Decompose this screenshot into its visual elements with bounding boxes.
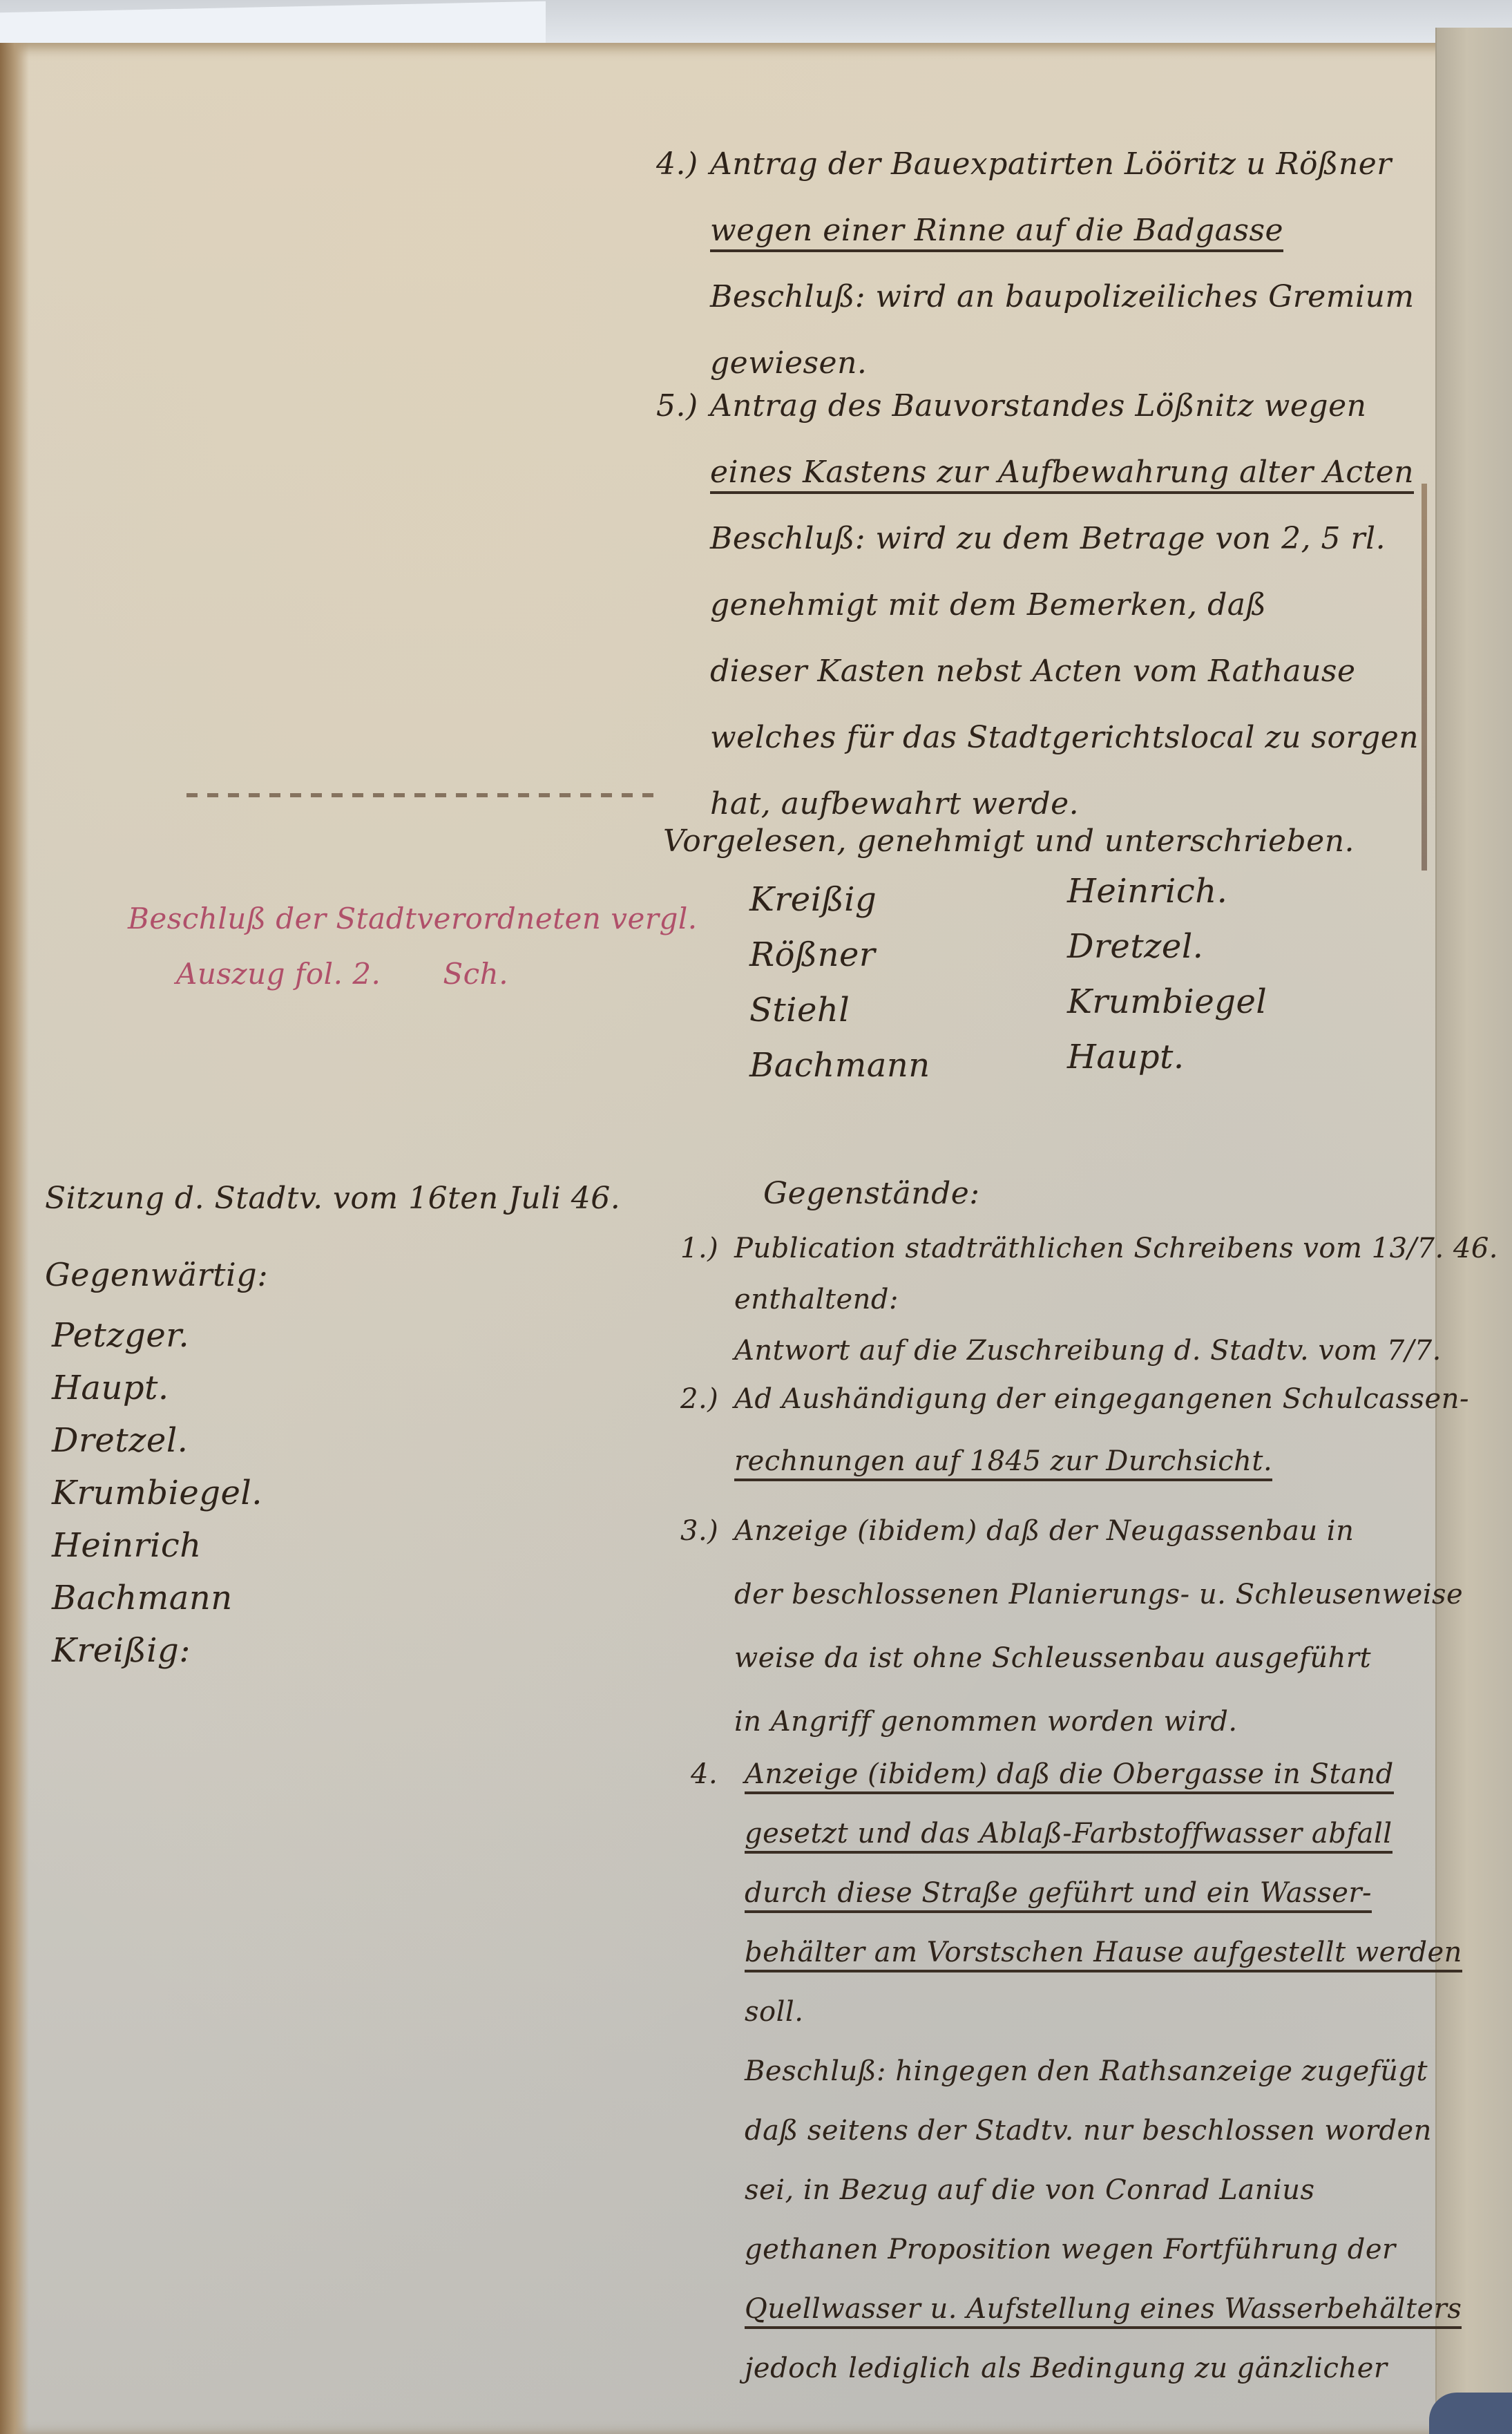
text-line: eines Kastens zur Aufbewahrung alter Act… bbox=[710, 455, 1414, 494]
text-line: jedoch lediglich als Bedingung zu gänzli… bbox=[691, 2339, 1462, 2398]
text-line: Quellwasser u. Aufstellung eines Wasserb… bbox=[745, 2293, 1462, 2329]
item-5-top: 5.)Antrag des Bauvorstandes Lößnitz wege… bbox=[656, 373, 1419, 837]
attendee: Haupt. bbox=[52, 1362, 262, 1414]
text-line: Beschluß: hingegen den Rathsanzeige zuge… bbox=[691, 2042, 1462, 2101]
heading-text: Sitzung d. Stadtv. vom 16ten Juli 46. bbox=[45, 1181, 620, 1216]
agenda-item-3: 3.)Anzeige (ibidem) daß der Neugassenbau… bbox=[680, 1499, 1463, 1753]
signature: Rößner bbox=[749, 927, 930, 982]
signature: Heinrich. bbox=[1067, 864, 1267, 919]
item-number: 4. bbox=[691, 1744, 745, 1804]
text-line: Ad Aushändigung der eingegangenen Schulc… bbox=[734, 1383, 1469, 1415]
attendee-list: Petzger. Haupt. Dretzel. Krumbiegel. Hei… bbox=[52, 1309, 262, 1677]
text-line: der beschlossenen Planierungs- u. Schleu… bbox=[680, 1563, 1463, 1626]
margin-annotation: Beschluß der Stadtverordneten vergl. Aus… bbox=[128, 891, 698, 1002]
attendee: Krumbiegel. bbox=[52, 1467, 262, 1519]
signatures-left: Kreißig Rößner Stiehl Bachmann bbox=[749, 872, 930, 1093]
agenda-item-2: 2.)Ad Aushändigung der eingegangenen Sch… bbox=[680, 1368, 1469, 1492]
item-number: 1.) bbox=[680, 1223, 734, 1274]
text-line: wegen einer Rinne auf die Badgasse bbox=[710, 213, 1283, 252]
pencil-dashed-line bbox=[186, 793, 663, 797]
signatures-right: Heinrich. Dretzel. Krumbiegel Haupt. bbox=[1067, 864, 1267, 1085]
text-line: gesetzt und das Ablaß-Farbstoffwasser ab… bbox=[745, 1818, 1393, 1854]
page-worn-edge bbox=[0, 43, 29, 2434]
agenda-item-4: 4.Anzeige (ibidem) daß die Obergasse in … bbox=[691, 1744, 1462, 2398]
topics-label: Gegenstände: bbox=[763, 1161, 980, 1227]
signature: Krumbiegel bbox=[1067, 974, 1267, 1029]
text-line: Antrag des Bauvorstandes Lößnitz wegen bbox=[710, 388, 1366, 424]
item-number: 2.) bbox=[680, 1368, 734, 1430]
text-line: gethanen Proposition wegen Fortführung d… bbox=[691, 2220, 1462, 2279]
item-number: 4.) bbox=[656, 131, 710, 198]
signature: Dretzel. bbox=[1067, 919, 1267, 974]
text-line: Publication stadträthlichen Schreibens v… bbox=[734, 1233, 1498, 1264]
session-heading: Sitzung d. Stadtv. vom 16ten Juli 46. bbox=[45, 1168, 620, 1230]
text-line: Beschluß: wird an baupolizeiliches Gremi… bbox=[656, 264, 1415, 330]
signature: Kreißig bbox=[749, 872, 930, 927]
attendee: Dretzel. bbox=[52, 1414, 262, 1467]
item-number: 5.) bbox=[656, 373, 710, 439]
attendee: Kreißig: bbox=[52, 1624, 262, 1677]
text-line: daß seitens der Stadtv. nur beschlossen … bbox=[691, 2101, 1462, 2160]
text-line: rechnungen auf 1845 zur Durchsicht. bbox=[734, 1445, 1272, 1481]
agenda-item-1: 1.)Publication stadträthlichen Schreiben… bbox=[680, 1223, 1498, 1376]
annotation-line: Beschluß der Stadtverordneten vergl. bbox=[128, 891, 698, 947]
cover-corner bbox=[1429, 2393, 1512, 2434]
text-line: sei, in Bezug auf die von Conrad Lanius bbox=[691, 2160, 1462, 2220]
attendee: Petzger. bbox=[52, 1309, 262, 1362]
text-line: Antrag der Bauexpatirten Lööritz u Rößne… bbox=[710, 146, 1392, 182]
text-line: Beschluß: wird zu dem Betrage von 2, 5 r… bbox=[656, 506, 1419, 572]
text-line: welches für das Stadtgerichtslocal zu so… bbox=[656, 705, 1419, 771]
text-line: Anzeige (ibidem) daß der Neugassenbau in bbox=[734, 1515, 1354, 1547]
signature: Stiehl bbox=[749, 982, 930, 1038]
attendee: Heinrich bbox=[52, 1519, 262, 1572]
text-line: weise da ist ohne Schleussenbau ausgefüh… bbox=[680, 1626, 1463, 1690]
signature: Bachmann bbox=[749, 1038, 930, 1093]
text-line: durch diese Straße geführt und ein Wasse… bbox=[745, 1877, 1372, 1913]
item-4-top: 4.)Antrag der Bauexpatirten Lööritz u Rö… bbox=[656, 131, 1415, 397]
fold-mark bbox=[1422, 484, 1427, 871]
text-line: enthaltend: bbox=[680, 1274, 1498, 1325]
attendee: Bachmann bbox=[52, 1572, 262, 1624]
annotation-line: Auszug fol. 2. bbox=[176, 957, 381, 991]
text-line: soll. bbox=[691, 1982, 1462, 2042]
annotation-initial: Sch. bbox=[443, 957, 508, 991]
text-line: dieser Kasten nebst Acten vom Rathause bbox=[656, 638, 1419, 705]
text-line: genehmigt mit dem Bemerken, daß bbox=[656, 572, 1419, 638]
text-line: Anzeige (ibidem) daß die Obergasse in St… bbox=[745, 1758, 1394, 1794]
text-line: behälter am Vorstschen Hause aufgestellt… bbox=[745, 1937, 1462, 1972]
present-label: Gegenwärtig: bbox=[45, 1244, 268, 1306]
item-number: 3.) bbox=[680, 1499, 734, 1563]
signature: Haupt. bbox=[1067, 1029, 1267, 1085]
